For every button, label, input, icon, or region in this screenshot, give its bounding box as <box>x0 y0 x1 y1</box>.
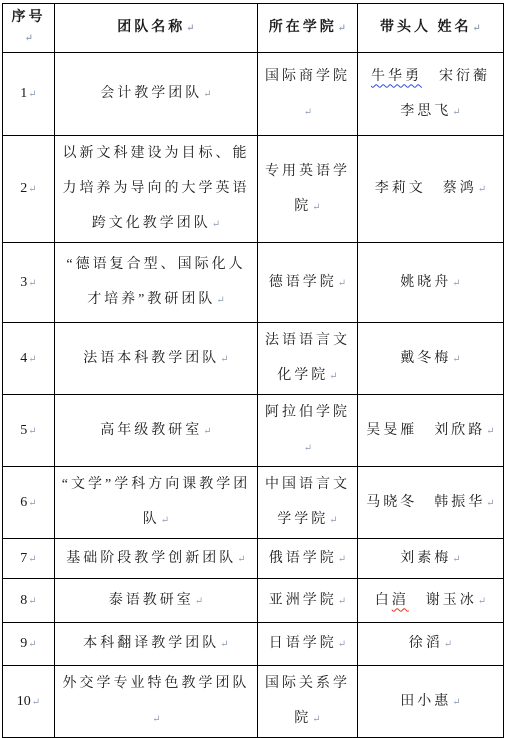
row-number: 3 <box>20 275 27 290</box>
paragraph-mark-icon: ↵ <box>338 639 346 650</box>
paragraph-mark-icon: ↵ <box>312 714 320 725</box>
paragraph-mark-icon: ↵ <box>304 443 312 454</box>
paragraph-mark-icon: ↵ <box>338 23 346 34</box>
cell-team-name: 会计教学团队↵ <box>55 53 258 136</box>
paragraph-mark-icon: ↵ <box>338 596 346 607</box>
cell-college: 阿拉伯学院↵ <box>258 395 358 467</box>
paragraph-mark-icon: ↵ <box>486 498 494 509</box>
leader-name: 徐滔 <box>409 636 443 651</box>
leader-name: 李莉文 蔡鸿 <box>375 181 477 196</box>
college-name: 俄语学院 <box>269 551 337 566</box>
paragraph-mark-icon: ↵ <box>237 554 245 565</box>
cell-team-name: 法语本科教学团队↵ <box>55 323 258 395</box>
table-row: 9↵本科翻译教学团队↵日语学院↵徐滔↵ <box>3 623 504 666</box>
cell-college: 德语学院↵ <box>258 243 358 323</box>
college-name: 国际商学院 <box>265 69 350 84</box>
paragraph-mark-icon: ↵ <box>452 107 460 118</box>
row-number: 2 <box>20 181 27 196</box>
header-cell-number: 序号↵ <box>3 4 55 53</box>
cell-team-name: 高年级教研室↵ <box>55 395 258 467</box>
leader-name: 吴旻雁 刘欣路 <box>366 423 485 438</box>
cell-college: 中国语言文学学院↵ <box>258 467 358 539</box>
college-name: 国际关系学院 <box>265 676 350 726</box>
paragraph-mark-icon: ↵ <box>338 278 346 289</box>
paragraph-mark-icon: ↵ <box>452 554 460 565</box>
paragraph-mark-icon: ↵ <box>338 554 346 565</box>
row-number: 5 <box>20 423 27 438</box>
cell-leader-names: 戴冬梅↵ <box>358 323 504 395</box>
paragraph-mark-icon: ↵ <box>28 596 36 607</box>
cell-college: 法语语言文化学院↵ <box>258 323 358 395</box>
paragraph-mark-icon: ↵ <box>28 498 36 509</box>
header-label: 所在学院 <box>269 20 337 35</box>
leader-name: 李思飞 <box>400 104 451 119</box>
team-name: 法语本科教学团队 <box>83 351 219 366</box>
paragraph-mark-icon: ↵ <box>195 596 203 607</box>
header-cell-team: 团队名称↵ <box>55 4 258 53</box>
paragraph-mark-icon: ↵ <box>444 639 452 650</box>
paragraph-mark-icon: ↵ <box>452 278 460 289</box>
table-row: 7↵基础阶段教学创新团队↵俄语学院↵刘素梅↵ <box>3 539 504 579</box>
paragraph-mark-icon: ↵ <box>25 33 33 44</box>
team-name: 本科翻译教学团队 <box>83 636 219 651</box>
paragraph-mark-icon: ↵ <box>28 354 36 365</box>
paragraph-mark-icon: ↵ <box>478 184 486 195</box>
table-row: 8↵泰语教研室↵亚洲学院↵白湻 谢玉冰↵ <box>3 579 504 623</box>
paragraph-mark-icon: ↵ <box>28 639 36 650</box>
cell-number: 3↵ <box>3 243 55 323</box>
cell-leader-names: 徐滔↵ <box>358 623 504 666</box>
table-header: 序号↵ 团队名称↵ 所在学院↵ 带头人 姓名↵ <box>3 4 504 53</box>
leader-name: 马晓冬 韩振华 <box>366 495 485 510</box>
cell-number: 2↵ <box>3 136 55 243</box>
cell-team-name: “文学”学科方向课教学团队↵ <box>55 467 258 539</box>
cell-college: 俄语学院↵ <box>258 539 358 579</box>
paragraph-mark-icon: ↵ <box>32 697 40 708</box>
paragraph-mark-icon: ↵ <box>478 596 486 607</box>
cell-leader-names: 白湻 谢玉冰↵ <box>358 579 504 623</box>
cell-number: 9↵ <box>3 623 55 666</box>
paragraph-mark-icon: ↵ <box>152 714 160 725</box>
paragraph-mark-icon: ↵ <box>220 639 228 650</box>
paragraph-mark-icon: ↵ <box>161 515 169 526</box>
row-number: 6 <box>20 495 27 510</box>
leader-name: 宋衍蘅 <box>422 69 490 84</box>
cell-leader-names: 姚晓舟↵ <box>358 243 504 323</box>
header-cell-college: 所在学院↵ <box>258 4 358 53</box>
paragraph-mark-icon: ↵ <box>452 697 460 708</box>
cell-college: 国际商学院↵ <box>258 53 358 136</box>
cell-number: 7↵ <box>3 539 55 579</box>
cell-team-name: 外交学专业特色教学团队↵ <box>55 666 258 738</box>
paragraph-mark-icon: ↵ <box>186 23 194 34</box>
team-name: 基础阶段教学创新团队 <box>66 551 236 566</box>
table-body: 1↵会计教学团队↵国际商学院↵牛华勇 宋衍蘅李思飞↵2↵以新文科建设为目标、能力… <box>3 53 504 738</box>
leader-name: 白 <box>375 593 392 608</box>
paragraph-mark-icon: ↵ <box>28 554 36 565</box>
table-row: 1↵会计教学团队↵国际商学院↵牛华勇 宋衍蘅李思飞↵ <box>3 53 504 136</box>
header-row: 序号↵ 团队名称↵ 所在学院↵ 带头人 姓名↵ <box>3 4 504 53</box>
table-row: 3↵“德语复合型、国际化人才培养”教研团队↵德语学院↵姚晓舟↵ <box>3 243 504 323</box>
header-label: 带头人 姓名 <box>380 20 472 35</box>
paragraph-mark-icon: ↵ <box>304 107 312 118</box>
paragraph-mark-icon: ↵ <box>329 371 337 382</box>
cell-college: 日语学院↵ <box>258 623 358 666</box>
row-number: 9 <box>20 636 27 651</box>
header-cell-leader: 带头人 姓名↵ <box>358 4 504 53</box>
cell-number: 5↵ <box>3 395 55 467</box>
paragraph-mark-icon: ↵ <box>452 354 460 365</box>
header-label: 团队名称 <box>117 20 185 35</box>
team-name: 泰语教研室 <box>109 593 194 608</box>
cell-college: 国际关系学院↵ <box>258 666 358 738</box>
paragraph-mark-icon: ↵ <box>28 89 36 100</box>
paragraph-mark-icon: ↵ <box>220 354 228 365</box>
paragraph-mark-icon: ↵ <box>329 515 337 526</box>
paragraph-mark-icon: ↵ <box>203 426 211 437</box>
row-number: 7 <box>20 551 27 566</box>
cell-number: 10↵ <box>3 666 55 738</box>
cell-leader-names: 牛华勇 宋衍蘅李思飞↵ <box>358 53 504 136</box>
row-number: 10 <box>17 694 31 709</box>
row-number: 1 <box>20 86 27 101</box>
leader-name: 湻 <box>392 593 409 608</box>
table-row: 5↵高年级教研室↵阿拉伯学院↵吴旻雁 刘欣路↵ <box>3 395 504 467</box>
cell-college: 专用英语学院↵ <box>258 136 358 243</box>
paragraph-mark-icon: ↵ <box>473 23 481 34</box>
paragraph-mark-icon: ↵ <box>28 278 36 289</box>
cell-leader-names: 刘素梅↵ <box>358 539 504 579</box>
leader-name: 刘素梅 <box>400 551 451 566</box>
paragraph-mark-icon: ↵ <box>28 184 36 195</box>
team-name: 外交学专业特色教学团队 <box>63 676 250 691</box>
table-row: 6↵“文学”学科方向课教学团队↵中国语言文学学院↵马晓冬 韩振华↵ <box>3 467 504 539</box>
cell-leader-names: 马晓冬 韩振华↵ <box>358 467 504 539</box>
table-row: 4↵法语本科教学团队↵法语语言文化学院↵戴冬梅↵ <box>3 323 504 395</box>
college-name: 德语学院 <box>269 275 337 290</box>
cell-team-name: “德语复合型、国际化人才培养”教研团队↵ <box>55 243 258 323</box>
cell-team-name: 基础阶段教学创新团队↵ <box>55 539 258 579</box>
college-name: 阿拉伯学院 <box>265 405 350 420</box>
paragraph-mark-icon: ↵ <box>203 89 211 100</box>
teams-table: 序号↵ 团队名称↵ 所在学院↵ 带头人 姓名↵ 1↵会计教学团队↵国际商学院↵牛… <box>2 3 504 738</box>
cell-number: 4↵ <box>3 323 55 395</box>
leader-name: 姚晓舟 <box>400 275 451 290</box>
team-name: 会计教学团队 <box>100 86 202 101</box>
college-name: 亚洲学院 <box>269 593 337 608</box>
cell-leader-names: 田小惠↵ <box>358 666 504 738</box>
paragraph-mark-icon: ↵ <box>486 426 494 437</box>
leader-name: 牛华勇 <box>371 69 422 84</box>
cell-team-name: 泰语教研室↵ <box>55 579 258 623</box>
row-number: 8 <box>20 593 27 608</box>
paragraph-mark-icon: ↵ <box>212 219 220 230</box>
cell-number: 1↵ <box>3 53 55 136</box>
team-name: 以新文科建设为目标、能力培养为导向的大学英语跨文化教学团队 <box>63 146 250 231</box>
leader-name: 戴冬梅 <box>400 351 451 366</box>
cell-college: 亚洲学院↵ <box>258 579 358 623</box>
paragraph-mark-icon: ↵ <box>216 295 224 306</box>
cell-leader-names: 吴旻雁 刘欣路↵ <box>358 395 504 467</box>
cell-number: 8↵ <box>3 579 55 623</box>
college-name: 日语学院 <box>269 636 337 651</box>
college-name: 专用英语学院 <box>265 164 350 214</box>
cell-team-name: 以新文科建设为目标、能力培养为导向的大学英语跨文化教学团队↵ <box>55 136 258 243</box>
team-name: “文学”学科方向课教学团队 <box>62 477 250 527</box>
table-row: 2↵以新文科建设为目标、能力培养为导向的大学英语跨文化教学团队↵专用英语学院↵李… <box>3 136 504 243</box>
leader-name: 谢玉冰 <box>409 593 477 608</box>
team-name: 高年级教研室 <box>100 423 202 438</box>
cell-team-name: 本科翻译教学团队↵ <box>55 623 258 666</box>
cell-number: 6↵ <box>3 467 55 539</box>
leader-name: 田小惠 <box>400 694 451 709</box>
row-number: 4 <box>20 351 27 366</box>
paragraph-mark-icon: ↵ <box>312 202 320 213</box>
header-label: 序号 <box>12 10 46 25</box>
cell-leader-names: 李莉文 蔡鸿↵ <box>358 136 504 243</box>
paragraph-mark-icon: ↵ <box>28 426 36 437</box>
